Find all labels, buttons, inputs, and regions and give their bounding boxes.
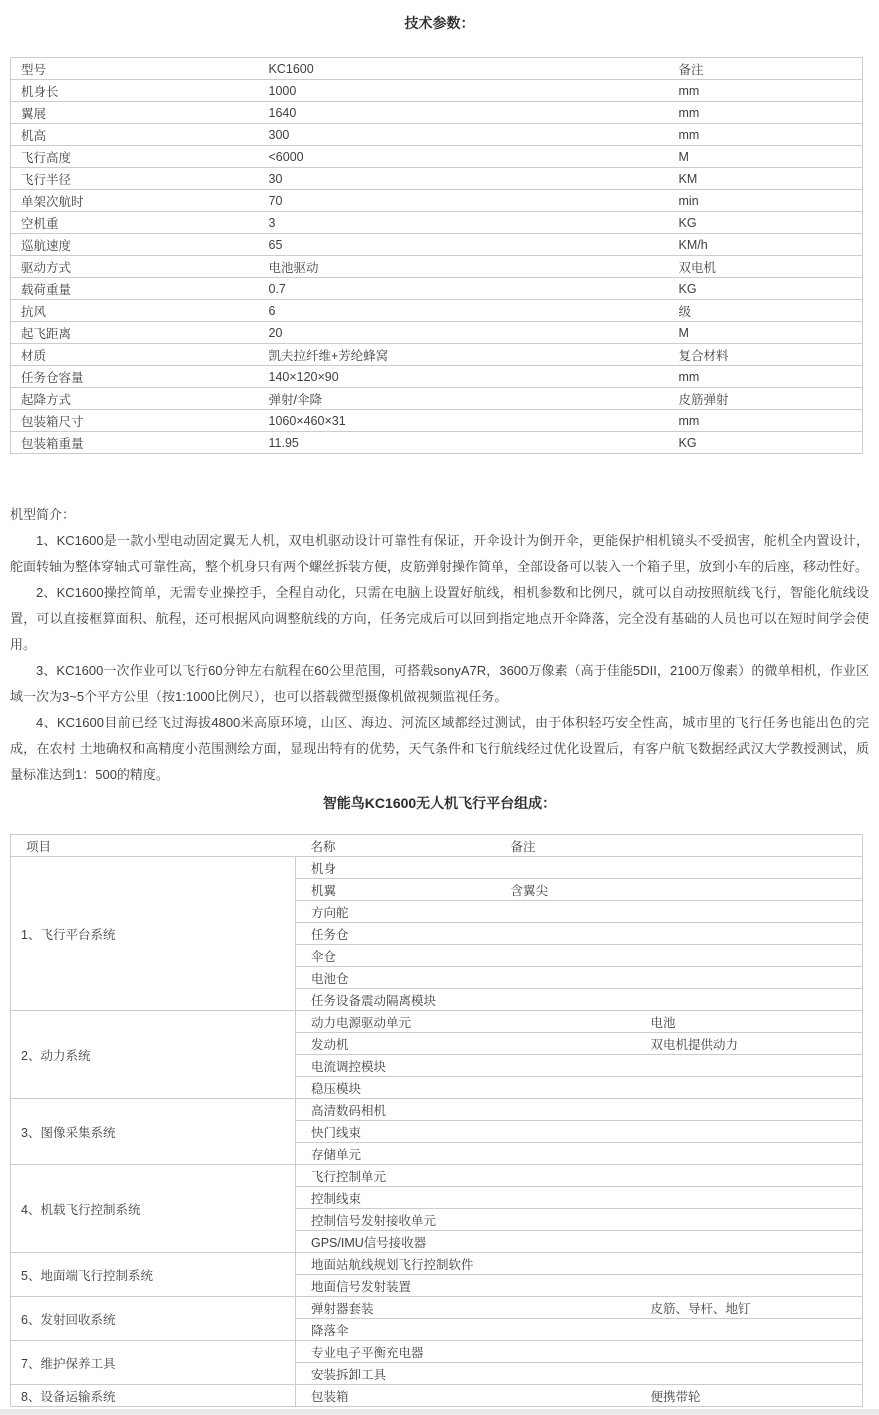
spec-param-value: 11.95 — [259, 432, 669, 454]
platform-header-remark: 备注 — [496, 835, 863, 857]
platform-item-name: 稳压模块 — [296, 1077, 636, 1099]
spec-param-remark: KM/h — [669, 234, 863, 256]
platform-group-label: 6、发射回收系统 — [11, 1297, 296, 1341]
platform-header-row: 项目名称备注 — [11, 835, 863, 857]
spec-param-name: 任务仓容量 — [11, 366, 259, 388]
platform-item-name: 机身 — [296, 857, 496, 879]
platform-row: 4、机载飞行控制系统飞行控制单元 — [11, 1165, 863, 1187]
spec-row: 起降方式弹射/伞降皮筋弹射 — [11, 388, 863, 410]
spec-row: 飞行高度<6000M — [11, 146, 863, 168]
platform-item-name: 地面信号发射装置 — [296, 1275, 636, 1297]
platform-item-name: 快门线束 — [296, 1121, 636, 1143]
platform-item-name: 方向舵 — [296, 901, 496, 923]
spec-param-remark: mm — [669, 102, 863, 124]
platform-row: 1、飞行平台系统机身 — [11, 857, 863, 879]
spec-param-value: 6 — [259, 300, 669, 322]
platform-item-remark — [636, 1275, 863, 1297]
spec-row: 单架次航时70min — [11, 190, 863, 212]
spec-param-name: 驱动方式 — [11, 256, 259, 278]
spec-param-remark: 复合材料 — [669, 344, 863, 366]
platform-row: 3、图像采集系统高清数码相机 — [11, 1099, 863, 1121]
platform-item-remark: 便携带轮 — [636, 1385, 863, 1407]
spec-param-remark: KG — [669, 278, 863, 300]
spec-param-remark: 级 — [669, 300, 863, 322]
spec-param-name: 包装箱尺寸 — [11, 410, 259, 432]
platform-group-label: 2、动力系统 — [11, 1011, 296, 1099]
platform-item-remark — [636, 1253, 863, 1275]
platform-group-label: 1、飞行平台系统 — [11, 857, 296, 1011]
platform-item-name: 发动机 — [296, 1033, 636, 1055]
spec-row: 包装箱重量11.95KG — [11, 432, 863, 454]
spec-row: 包装箱尺寸1060×460×31mm — [11, 410, 863, 432]
intro-paragraphs: 1、KC1600是一款小型电动固定翼无人机，双电机驱动设计可靠性有保证，开伞设计… — [10, 528, 869, 788]
platform-group-label: 3、图像采集系统 — [11, 1099, 296, 1165]
intro-paragraph: 2、KC1600操控简单，无需专业操控手，全程自动化，只需在电脑上设置好航线，相… — [10, 580, 869, 658]
spec-param-remark: 备注 — [669, 58, 863, 80]
intro-paragraph: 1、KC1600是一款小型电动固定翼无人机，双电机驱动设计可靠性有保证，开伞设计… — [10, 528, 869, 580]
spec-param-name: 翼展 — [11, 102, 259, 124]
spec-title: 技术参数： — [0, 14, 879, 32]
platform-item-name: 伞仓 — [296, 945, 496, 967]
spec-param-value: 30 — [259, 168, 669, 190]
spec-param-value: 300 — [259, 124, 669, 146]
spec-param-name: 空机重 — [11, 212, 259, 234]
platform-item-remark — [636, 1099, 863, 1121]
platform-item-remark — [496, 967, 863, 989]
platform-item-remark: 电池 — [636, 1011, 863, 1033]
spec-param-value: 0.7 — [259, 278, 669, 300]
platform-item-remark — [636, 1319, 863, 1341]
platform-title: 智能鸟KC1600无人机飞行平台组成： — [0, 794, 879, 812]
spec-param-name: 机高 — [11, 124, 259, 146]
spec-param-remark: 皮筋弹射 — [669, 388, 863, 410]
platform-item-name: 高清数码相机 — [296, 1099, 636, 1121]
platform-item-name: 控制线束 — [296, 1187, 636, 1209]
platform-item-name: 降落伞 — [296, 1319, 636, 1341]
spec-row: 机高300mm — [11, 124, 863, 146]
platform-header-item: 项目 — [11, 835, 296, 857]
platform-item-remark — [496, 857, 863, 879]
spec-param-name: 包装箱重量 — [11, 432, 259, 454]
page: 技术参数： 型号KC1600备注机身长1000mm翼展1640mm机高300mm… — [0, 14, 879, 1407]
platform-item-remark — [636, 1143, 863, 1165]
platform-item-remark — [496, 901, 863, 923]
platform-item-remark: 双电机提供动力 — [636, 1033, 863, 1055]
platform-item-name: 动力电源驱动单元 — [296, 1011, 636, 1033]
bottom-scrollbar-track — [0, 1409, 879, 1415]
platform-item-remark — [636, 1231, 863, 1253]
spec-param-value: 弹射/伞降 — [259, 388, 669, 410]
spec-param-value: 1000 — [259, 80, 669, 102]
spec-param-remark: 双电机 — [669, 256, 863, 278]
spec-row: 飞行半径30KM — [11, 168, 863, 190]
platform-group-label: 8、设备运输系统 — [11, 1385, 296, 1407]
spec-param-value: 70 — [259, 190, 669, 212]
intro-paragraph: 3、KC1600一次作业可以飞行60分钟左右航程在60公里范围，可搭载sonyA… — [10, 658, 869, 710]
platform-item-remark: 含翼尖 — [496, 879, 863, 901]
platform-item-remark — [636, 1341, 863, 1363]
spec-row: 抗风6级 — [11, 300, 863, 322]
platform-item-name: 专业电子平衡充电器 — [296, 1341, 636, 1363]
intro-heading: 机型简介： — [10, 502, 869, 528]
spec-row: 起飞距离20M — [11, 322, 863, 344]
spec-param-remark: mm — [669, 80, 863, 102]
platform-item-remark — [496, 989, 863, 1011]
platform-row: 7、维护保养工具专业电子平衡充电器 — [11, 1341, 863, 1363]
platform-item-name: 包装箱 — [296, 1385, 636, 1407]
platform-item-name: 地面站航线规划飞行控制软件 — [296, 1253, 636, 1275]
spec-row: 翼展1640mm — [11, 102, 863, 124]
spec-param-name: 飞行高度 — [11, 146, 259, 168]
spec-param-value: 电池驱动 — [259, 256, 669, 278]
platform-item-name: 任务仓 — [296, 923, 496, 945]
intro-paragraph: 4、KC1600目前已经飞过海拔4800米高原环境，山区、海边、河流区域都经过测… — [10, 710, 869, 788]
platform-item-name: 机翼 — [296, 879, 496, 901]
spec-param-value: 1060×460×31 — [259, 410, 669, 432]
spec-param-name: 单架次航时 — [11, 190, 259, 212]
platform-item-remark — [636, 1121, 863, 1143]
spec-row: 巡航速度65KM/h — [11, 234, 863, 256]
spec-row: 材质凯夫拉纤维+芳纶蜂窝复合材料 — [11, 344, 863, 366]
platform-group-label: 5、地面端飞行控制系统 — [11, 1253, 296, 1297]
spec-row: 机身长1000mm — [11, 80, 863, 102]
spec-param-remark: M — [669, 322, 863, 344]
spec-param-name: 起降方式 — [11, 388, 259, 410]
spec-param-name: 起飞距离 — [11, 322, 259, 344]
platform-item-remark — [636, 1209, 863, 1231]
platform-item-name: 弹射器套装 — [296, 1297, 636, 1319]
platform-item-remark — [636, 1055, 863, 1077]
platform-item-name: 存储单元 — [296, 1143, 636, 1165]
spec-param-remark: mm — [669, 410, 863, 432]
spec-param-remark: KG — [669, 432, 863, 454]
spec-param-remark: mm — [669, 366, 863, 388]
spec-param-name: 机身长 — [11, 80, 259, 102]
spec-param-remark: KG — [669, 212, 863, 234]
spec-param-value: 65 — [259, 234, 669, 256]
platform-header-name: 名称 — [296, 835, 496, 857]
spec-param-name: 材质 — [11, 344, 259, 366]
platform-row: 5、地面端飞行控制系统地面站航线规划飞行控制软件 — [11, 1253, 863, 1275]
platform-item-name: 任务设备震动隔离模块 — [296, 989, 496, 1011]
spec-table: 型号KC1600备注机身长1000mm翼展1640mm机高300mm飞行高度<6… — [10, 57, 863, 454]
platform-row: 8、设备运输系统包装箱便携带轮 — [11, 1385, 863, 1407]
platform-item-remark — [636, 1077, 863, 1099]
platform-group-label: 7、维护保养工具 — [11, 1341, 296, 1385]
platform-item-remark — [496, 923, 863, 945]
platform-item-remark — [496, 945, 863, 967]
spec-param-value: 凯夫拉纤维+芳纶蜂窝 — [259, 344, 669, 366]
spec-param-value: 20 — [259, 322, 669, 344]
platform-item-name: 电池仓 — [296, 967, 496, 989]
spec-param-name: 飞行半径 — [11, 168, 259, 190]
spec-row: 型号KC1600备注 — [11, 58, 863, 80]
spec-row: 任务仓容量140×120×90mm — [11, 366, 863, 388]
platform-item-name: GPS/IMU信号接收器 — [296, 1231, 636, 1253]
platform-group-label: 4、机载飞行控制系统 — [11, 1165, 296, 1253]
platform-item-remark: 皮筋、导杆、地钉 — [636, 1297, 863, 1319]
spec-param-value: 140×120×90 — [259, 366, 669, 388]
spec-param-value: KC1600 — [259, 58, 669, 80]
spec-param-name: 抗风 — [11, 300, 259, 322]
spec-row: 驱动方式电池驱动双电机 — [11, 256, 863, 278]
spec-param-remark: KM — [669, 168, 863, 190]
platform-item-remark — [636, 1363, 863, 1385]
spec-row: 载荷重量0.7KG — [11, 278, 863, 300]
spec-param-name: 型号 — [11, 58, 259, 80]
spec-param-value: 1640 — [259, 102, 669, 124]
spec-row: 空机重3KG — [11, 212, 863, 234]
platform-item-name: 电流调控模块 — [296, 1055, 636, 1077]
platform-item-remark — [636, 1187, 863, 1209]
platform-item-remark — [636, 1165, 863, 1187]
spec-param-remark: M — [669, 146, 863, 168]
intro-section: 机型简介： 1、KC1600是一款小型电动固定翼无人机，双电机驱动设计可靠性有保… — [10, 502, 869, 788]
spec-param-remark: mm — [669, 124, 863, 146]
platform-row: 2、动力系统动力电源驱动单元电池 — [11, 1011, 863, 1033]
spec-param-remark: min — [669, 190, 863, 212]
spec-param-name: 巡航速度 — [11, 234, 259, 256]
spec-param-name: 载荷重量 — [11, 278, 259, 300]
platform-table: 项目名称备注1、飞行平台系统机身机翼含翼尖方向舵任务仓伞仓电池仓任务设备震动隔离… — [10, 834, 863, 1407]
spec-param-value: 3 — [259, 212, 669, 234]
platform-row: 6、发射回收系统弹射器套装皮筋、导杆、地钉 — [11, 1297, 863, 1319]
platform-item-name: 飞行控制单元 — [296, 1165, 636, 1187]
platform-item-name: 安装拆卸工具 — [296, 1363, 636, 1385]
platform-item-name: 控制信号发射接收单元 — [296, 1209, 636, 1231]
spec-param-value: <6000 — [259, 146, 669, 168]
